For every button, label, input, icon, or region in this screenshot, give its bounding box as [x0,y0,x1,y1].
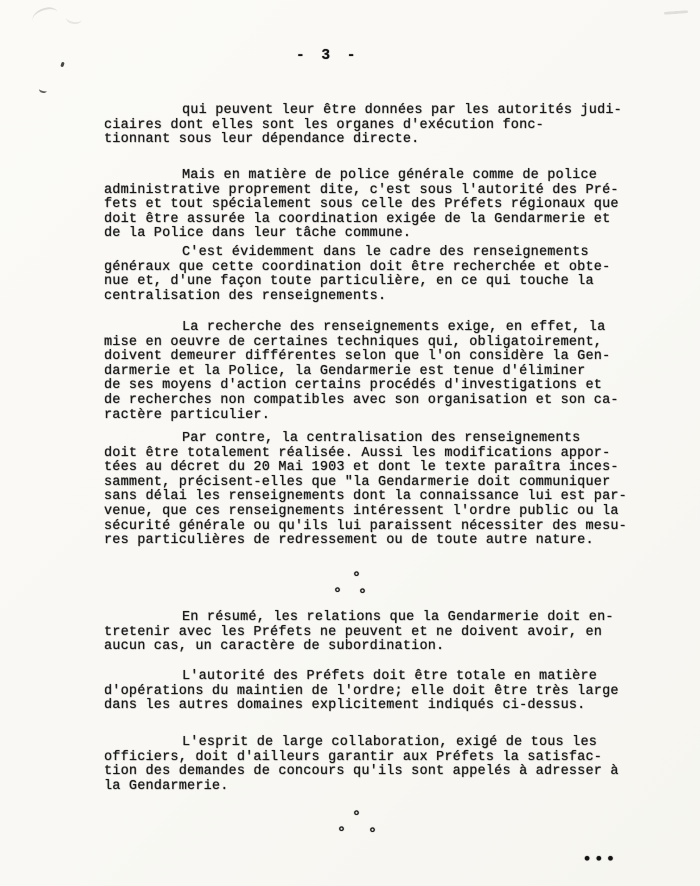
paragraph-6: En résumé, les relations que la Gendarme… [104,611,644,655]
scanned-document-page: - 3 - qui peuvent leur être données par … [0,0,700,886]
footer-ellipsis-dots: ••• [582,852,617,869]
paragraph-7: L'autorité des Préfets doit être totale … [104,670,644,714]
paragraph-4: La recherche des renseignements exige, e… [104,321,644,423]
paragraph-8: L'esprit de large collaboration, exigé d… [104,736,644,794]
asterism-dot-icon: ° [352,571,361,586]
asterism-dot-icon: ° [333,587,342,602]
asterism-dot-icon: ° [352,810,361,825]
asterism-dot-icon: ° [358,588,367,603]
asterism-dot-icon: ° [368,827,377,842]
page-number: - 3 - [296,48,360,64]
paragraph-5: Par contre, la centralisation des rensei… [104,432,644,549]
paragraph-1: qui peuvent leur être données par les au… [104,104,644,148]
paragraph-3: C'est évidemment dans le cadre des rense… [104,246,644,304]
paragraph-2: Mais en matière de police générale comme… [104,169,644,242]
asterism-dot-icon: ° [337,826,346,841]
scan-text-layer: - 3 - qui peuvent leur être données par … [0,0,700,886]
